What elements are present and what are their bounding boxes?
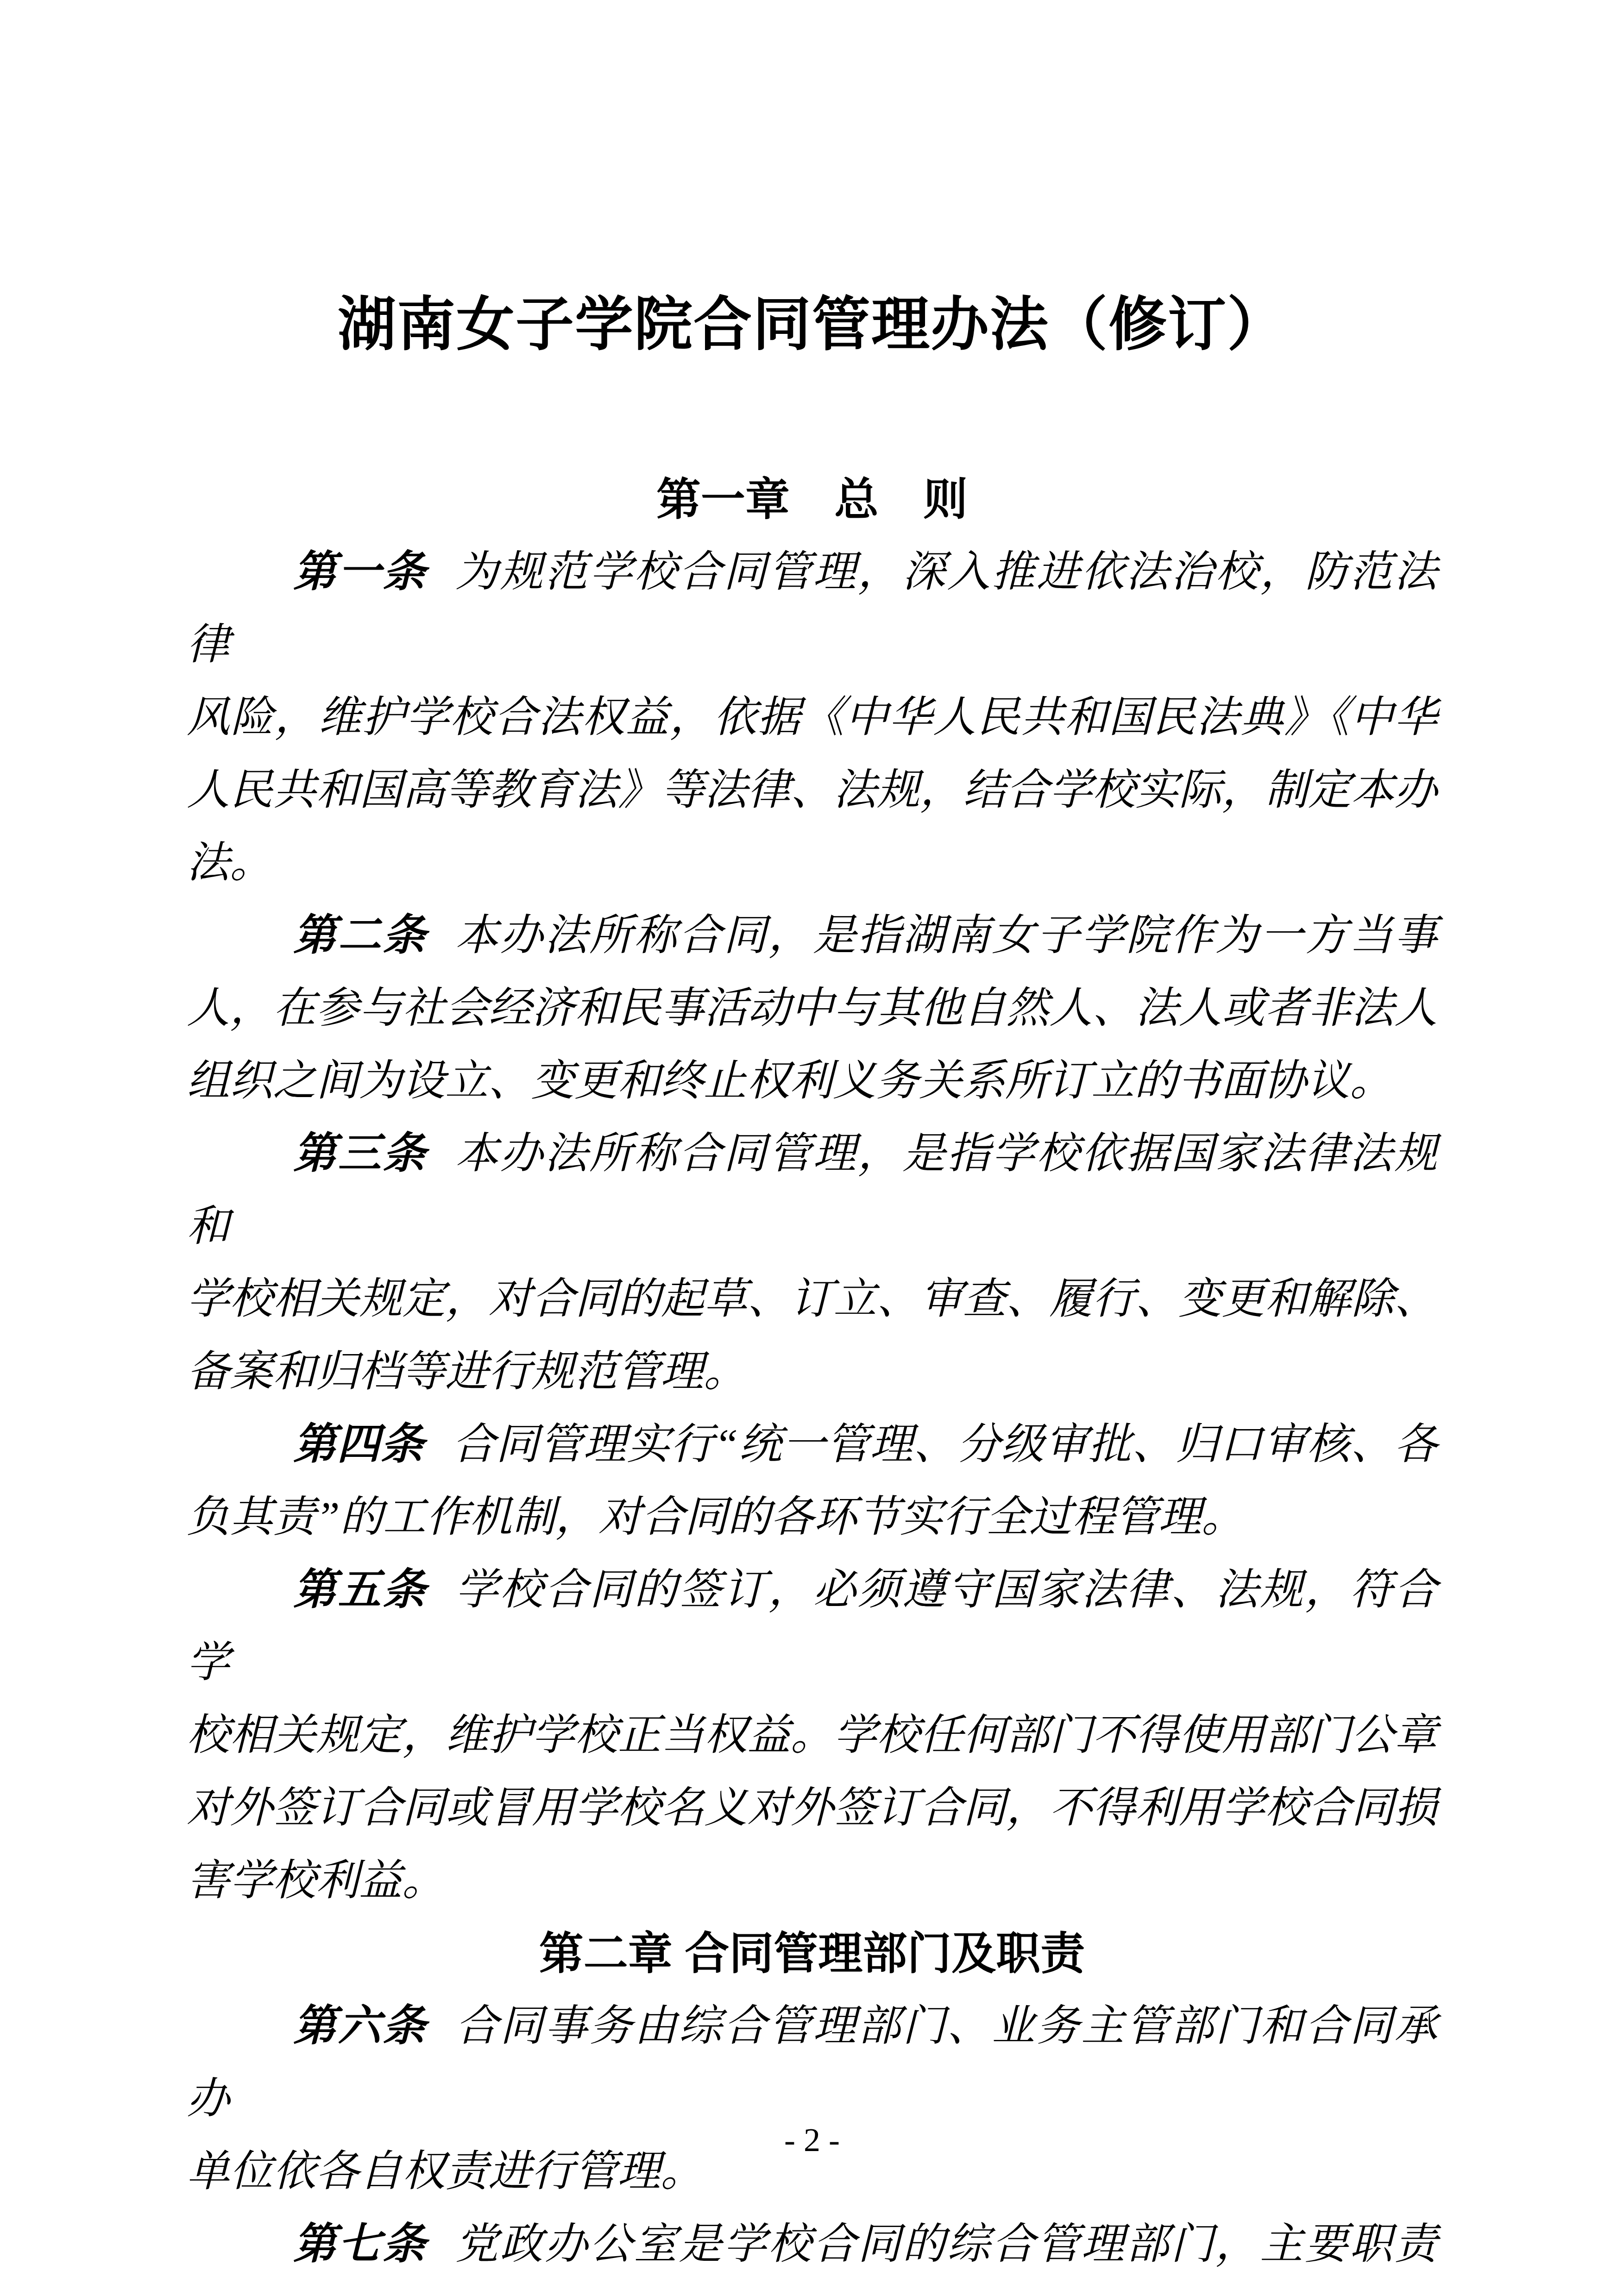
body-line-text: 合同管理实行“统一管理、分级审批、归口审核、各 xyxy=(452,1421,1437,1468)
document-page: 湖南女子学院合同管理办法（修订） 第一章 总 则第一条为规范学校合同管理，深入推… xyxy=(0,0,1624,2296)
body-line: 法。 xyxy=(187,827,1437,899)
article-paragraph: 第七条党政办公室是学校合同的综合管理部门，主要职责 xyxy=(187,2208,1437,2281)
body-line: 第七条党政办公室是学校合同的综合管理部门，主要职责 xyxy=(187,2208,1437,2281)
chapter-heading: 第一章 总 则 xyxy=(187,463,1437,536)
body-line: 校相关规定，维护学校正当权益。学校任何部门不得使用部门公章 xyxy=(187,1699,1437,1772)
article-paragraph: 第四条合同管理实行“统一管理、分级审批、归口审核、各负其责”的工作机制，对合同的… xyxy=(187,1408,1437,1554)
body-line-text: 党政办公室是学校合同的综合管理部门，主要职责 xyxy=(455,2221,1437,2268)
body-line: 第四条合同管理实行“统一管理、分级审批、归口审核、各 xyxy=(187,1408,1437,1481)
article-label: 第六条 xyxy=(293,2002,428,2050)
page-number: - 2 - xyxy=(0,2122,1624,2158)
body-line: 学校相关规定，对合同的起草、订立、审查、履行、变更和解除、 xyxy=(187,1263,1437,1336)
body-line: 第一条为规范学校合同管理，深入推进依法治校，防范法律 xyxy=(187,536,1437,681)
body-line: 组织之间为设立、变更和终止权利义务关系所订立的书面协议。 xyxy=(187,1045,1437,1117)
article-paragraph: 第五条学校合同的签订，必须遵守国家法律、法规，符合学校相关规定，维护学校正当权益… xyxy=(187,1554,1437,1917)
article-paragraph: 第二条本办法所称合同，是指湖南女子学院作为一方当事人，在参与社会经济和民事活动中… xyxy=(187,899,1437,1117)
article-label: 第五条 xyxy=(293,1566,428,1614)
body-line: 人，在参与社会经济和民事活动中与其他自然人、法人或者非法人 xyxy=(187,972,1437,1045)
article-label: 第三条 xyxy=(293,1130,428,1178)
chapter-heading: 第二章 合同管理部门及职责 xyxy=(187,1917,1437,1990)
body-line: 人民共和国高等教育法》等法律、法规，结合学校实际，制定本办 xyxy=(187,754,1437,827)
body-line: 第二条本办法所称合同，是指湖南女子学院作为一方当事 xyxy=(187,899,1437,972)
body-line: 第三条本办法所称合同管理，是指学校依据国家法律法规和 xyxy=(187,1117,1437,1263)
body-line: 风险，维护学校合法权益，依据《中华人民共和国民法典》《中华 xyxy=(187,681,1437,754)
body-line: 备案和归档等进行规范管理。 xyxy=(187,1336,1437,1408)
document-body: 第一章 总 则第一条为规范学校合同管理，深入推进依法治校，防范法律风险，维护学校… xyxy=(187,463,1437,2281)
body-line: 第五条学校合同的签订，必须遵守国家法律、法规，符合学 xyxy=(187,1554,1437,1699)
article-paragraph: 第一条为规范学校合同管理，深入推进依法治校，防范法律风险，维护学校合法权益，依据… xyxy=(187,536,1437,899)
article-paragraph: 第三条本办法所称合同管理，是指学校依据国家法律法规和学校相关规定，对合同的起草、… xyxy=(187,1117,1437,1408)
body-line: 第六条合同事务由综合管理部门、业务主管部门和合同承办 xyxy=(187,1990,1437,2135)
article-paragraph: 第六条合同事务由综合管理部门、业务主管部门和合同承办单位依各自权责进行管理。 xyxy=(187,1990,1437,2208)
body-line: 对外签订合同或冒用学校名义对外签订合同，不得利用学校合同损 xyxy=(187,1772,1437,1844)
body-line-text: 本办法所称合同，是指湖南女子学院作为一方当事 xyxy=(455,912,1437,960)
body-line: 负其责”的工作机制，对合同的各环节实行全过程管理。 xyxy=(187,1481,1437,1554)
body-line: 害学校利益。 xyxy=(187,1844,1437,1917)
article-label: 第七条 xyxy=(293,2221,428,2268)
article-label: 第一条 xyxy=(293,548,428,596)
article-label: 第二条 xyxy=(293,912,428,960)
document-title: 湖南女子学院合同管理办法（修订） xyxy=(0,295,1624,356)
article-label: 第四条 xyxy=(293,1421,424,1468)
